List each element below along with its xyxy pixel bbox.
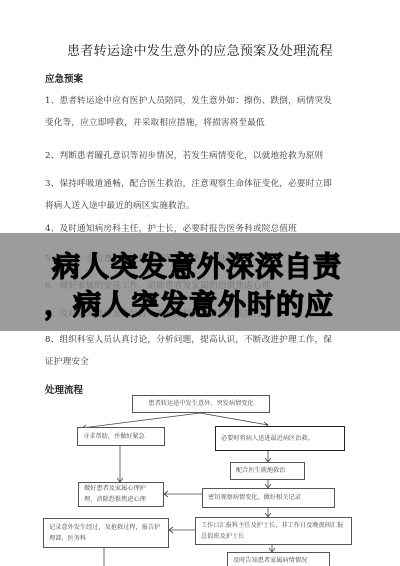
title-overlay-band: 病人突发意外深深自责 ，病人突发意外时的应: [0, 233, 400, 331]
flow-node-report-supervisors: 工作日汇报科主任及护士长，非工作日及晚夜间汇报总值班及护士长: [195, 517, 352, 545]
flow-node-psych-care: 做好患者及家属心理护理，消除恐惧焦虑心理: [78, 482, 164, 507]
flow-node-assist-doctor: 配合医生就地救治: [230, 462, 305, 480]
flow-node-inform-family: 及时告知患者家属病情情况: [227, 552, 330, 566]
overlay-headline-line1: 病人突发意外深深自责: [52, 245, 342, 285]
overlay-headline-line2: ，病人突发意外时的应: [44, 283, 334, 323]
flow-node-start: 患者转运途中发生意外、突发病情变化: [132, 395, 270, 413]
flow-node-observe-record: 密切观察病情变化，做好相关记录: [202, 488, 335, 508]
flow-node-record-report: 记录意外发生经过，及抢救过程，报告护理部，医务科: [43, 518, 169, 548]
flow-node-seek-help: 寻求帮助，并做好紧急: [77, 427, 165, 446]
flow-node-send-to-ward: 必要时将病人送进最近病区治救。: [215, 426, 345, 451]
document-page: 患者转运途中发生意外的应急预案及处理流程 应急预案 1、患者转运途中应有医护人员…: [0, 0, 400, 566]
